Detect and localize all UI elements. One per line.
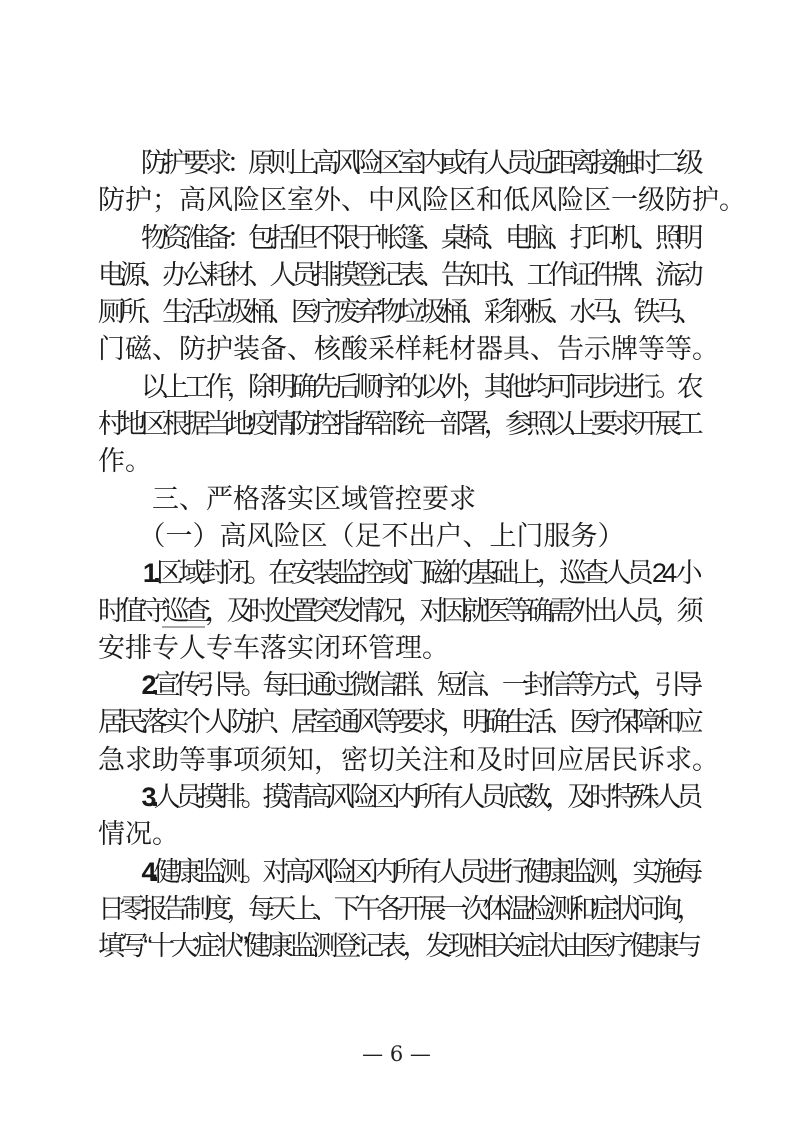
document-page: 防护要求：原则上高风险区室内或有人员近距离接触时二级防护；高风险区室外、中风险区… <box>0 0 793 1122</box>
text-segment: （一）高风险区（足不出户、上门服务） <box>98 521 625 551</box>
text-segment: ，及时处置突发情况，对因就医等确需外出人员，须 <box>205 596 698 626</box>
text-segment: 区域封闭。在安装监控或门磁的基础上，巡查人员 24 小 <box>156 558 698 588</box>
line-content: 物资准备：包括但不限于帐篷、桌椅、电脑、打印机、照明 <box>98 223 698 253</box>
text-line: 4.健康监测。对高风险区内所有人员进行健康监测，实施每 <box>98 854 698 891</box>
text-line: 时值守巡查，及时处置突发情况，对因就医等确需外出人员，须 <box>98 593 698 630</box>
line-content: 情况。 <box>98 819 179 849</box>
text-line: 2.宣传引导。每日通过微信群、短信、一封信等方式，引导 <box>98 667 698 704</box>
text-segment-underline: 巡查 <box>162 596 205 628</box>
text-segment <box>98 558 143 588</box>
text-line: 防护要求：原则上高风险区室内或有人员近距离接触时二级 <box>98 145 698 182</box>
line-content: 防护要求：原则上高风险区室内或有人员近距离接触时二级 <box>98 148 698 178</box>
item-3-personnel-screening: 3.人员摸排。摸清高风险区内所有人员底数，及时特殊人员情况。 <box>98 779 698 854</box>
item-4-health-monitoring: 4.健康监测。对高风险区内所有人员进行健康监测，实施每日零报告制度，每天上、下午… <box>98 854 698 966</box>
line-content: 防护；高风险区室外、中风险区和低风险区一级防护。 <box>98 185 746 215</box>
line-content: 2.宣传引导。每日通过微信群、短信、一封信等方式，引导 <box>98 670 698 700</box>
text-segment: 填写“十大症状”健康监测登记表，发现相关症状由医疗健康与 <box>98 931 698 961</box>
item-2-publicity-guidance: 2.宣传引导。每日通过微信群、短信、一封信等方式，引导居民落实个人防护、居室通风… <box>98 667 698 779</box>
line-content: 日零报告制度，每天上、下午各开展一次体温检测和症状问询， <box>98 894 698 924</box>
text-segment: 村地区根据当地疫情防控指挥部统一部署，参照以上要求开展工 <box>98 409 698 439</box>
text-line: 三、严格落实区域管控要求 <box>98 481 698 518</box>
text-segment: 人员摸排。摸清高风险区内所有人员底数，及时特殊人员 <box>154 782 698 812</box>
text-segment: 厕所、生活垃圾桶、医疗废弃物垃圾桶、彩钢板、水马、铁马、 <box>98 297 698 327</box>
page-footer: — 6 — <box>0 1040 793 1068</box>
line-content: 以上工作，除明确先后顺序的以外，其他均可同步进行。农 <box>98 372 698 402</box>
text-segment: 防护；高风险区室外、中风险区和低风险区一级防护。 <box>98 185 746 215</box>
text-segment: 三、严格落实区域管控要求 <box>98 484 476 514</box>
text-line: 安排专人专车落实闭环管理。 <box>98 630 698 667</box>
text-segment: 防护要求：原则上高风险区室内或有人员近距离接触时二级 <box>98 148 698 178</box>
text-line: 填写“十大症状”健康监测登记表，发现相关症状由医疗健康与 <box>98 928 698 965</box>
line-content: 填写“十大症状”健康监测登记表，发现相关症状由医疗健康与 <box>98 931 698 961</box>
text-segment-bold: 3. <box>142 782 154 812</box>
section-3-heading: 三、严格落实区域管控要求 <box>98 481 698 518</box>
line-content: 1.区域封闭。在安装监控或门磁的基础上，巡查人员 24 小 <box>98 558 698 588</box>
text-segment-bold: 1. <box>143 558 156 588</box>
line-content: 4.健康监测。对高风险区内所有人员进行健康监测，实施每 <box>98 857 698 887</box>
text-segment: 以上工作，除明确先后顺序的以外，其他均可同步进行。农 <box>98 372 698 402</box>
text-line: 1.区域封闭。在安装监控或门磁的基础上，巡查人员 24 小 <box>98 555 698 592</box>
text-segment: 物资准备：包括但不限于帐篷、桌椅、电脑、打印机、照明 <box>98 223 698 253</box>
text-segment: 宣传引导。每日通过微信群、短信、一封信等方式，引导 <box>154 670 698 700</box>
line-content: （一）高风险区（足不出户、上门服务） <box>98 521 625 551</box>
line-content: 电源、办公耗材、人员排摸登记表、告知书、工作证件牌、流动 <box>98 260 698 290</box>
line-content: 三、严格落实区域管控要求 <box>98 484 476 514</box>
text-segment: 门磁、防护装备、核酸采样耗材器具、告示牌等等。 <box>98 334 719 364</box>
text-segment: 作。 <box>98 446 152 476</box>
para-protection-requirements: 防护要求：原则上高风险区室内或有人员近距离接触时二级防护；高风险区室外、中风险区… <box>98 145 698 220</box>
text-line: 3.人员摸排。摸清高风险区内所有人员底数，及时特殊人员 <box>98 779 698 816</box>
text-line: 情况。 <box>98 816 698 853</box>
subsection-1-heading: （一）高风险区（足不出户、上门服务） <box>98 518 698 555</box>
line-content: 厕所、生活垃圾桶、医疗废弃物垃圾桶、彩钢板、水马、铁马、 <box>98 297 698 327</box>
para-synchronous-work-note: 以上工作，除明确先后顺序的以外，其他均可同步进行。农村地区根据当地疫情防控指挥部… <box>98 369 698 481</box>
text-segment: 时值守 <box>98 596 162 626</box>
text-segment <box>98 670 142 700</box>
line-content: 居民落实个人防护、居室通风等要求，明确生活、医疗保障和应 <box>98 707 698 737</box>
text-line: 防护；高风险区室外、中风险区和低风险区一级防护。 <box>98 182 698 219</box>
text-line: 物资准备：包括但不限于帐篷、桌椅、电脑、打印机、照明 <box>98 220 698 257</box>
text-segment: 电源、办公耗材、人员排摸登记表、告知书、工作证件牌、流动 <box>98 260 698 290</box>
text-segment: 居民落实个人防护、居室通风等要求，明确生活、医疗保障和应 <box>98 707 698 737</box>
para-supplies-preparation: 物资准备：包括但不限于帐篷、桌椅、电脑、打印机、照明电源、办公耗材、人员排摸登记… <box>98 220 698 369</box>
text-segment: 健康监测。对高风险区内所有人员进行健康监测，实施每 <box>154 857 698 887</box>
text-segment: 急求助等事项须知，密切关注和及时回应居民诉求。 <box>98 745 719 775</box>
text-segment-bold: 2. <box>142 670 154 700</box>
line-content: 作。 <box>98 446 152 476</box>
text-line: 村地区根据当地疫情防控指挥部统一部署，参照以上要求开展工 <box>98 406 698 443</box>
line-content: 门磁、防护装备、核酸采样耗材器具、告示牌等等。 <box>98 334 719 364</box>
line-content: 3.人员摸排。摸清高风险区内所有人员底数，及时特殊人员 <box>98 782 698 812</box>
item-1-area-closure: 1.区域封闭。在安装监控或门磁的基础上，巡查人员 24 小时值守巡查，及时处置突… <box>98 555 698 667</box>
text-segment: 日零报告制度，每天上、下午各开展一次体温检测和症状问询， <box>98 894 698 924</box>
text-line: （一）高风险区（足不出户、上门服务） <box>98 518 698 555</box>
text-line: 电源、办公耗材、人员排摸登记表、告知书、工作证件牌、流动 <box>98 257 698 294</box>
line-content: 急求助等事项须知，密切关注和及时回应居民诉求。 <box>98 745 719 775</box>
text-line: 厕所、生活垃圾桶、医疗废弃物垃圾桶、彩钢板、水马、铁马、 <box>98 294 698 331</box>
text-line: 门磁、防护装备、核酸采样耗材器具、告示牌等等。 <box>98 331 698 368</box>
line-content: 时值守巡查，及时处置突发情况，对因就医等确需外出人员，须 <box>98 596 698 628</box>
text-line: 作。 <box>98 443 698 480</box>
text-segment-bold: 4. <box>142 857 154 887</box>
text-segment <box>98 857 142 887</box>
page-number: — 6 — <box>362 1042 431 1066</box>
text-line: 居民落实个人防护、居室通风等要求，明确生活、医疗保障和应 <box>98 704 698 741</box>
line-content: 安排专人专车落实闭环管理。 <box>98 633 449 663</box>
text-line: 急求助等事项须知，密切关注和及时回应居民诉求。 <box>98 742 698 779</box>
text-line: 以上工作，除明确先后顺序的以外，其他均可同步进行。农 <box>98 369 698 406</box>
text-segment: 情况。 <box>98 819 179 849</box>
line-content: 村地区根据当地疫情防控指挥部统一部署，参照以上要求开展工 <box>98 409 698 439</box>
document-body: 防护要求：原则上高风险区室内或有人员近距离接触时二级防护；高风险区室外、中风险区… <box>98 145 698 966</box>
text-segment <box>98 782 142 812</box>
text-line: 日零报告制度，每天上、下午各开展一次体温检测和症状问询， <box>98 891 698 928</box>
text-segment: 安排专人专车落实闭环管理。 <box>98 633 449 663</box>
